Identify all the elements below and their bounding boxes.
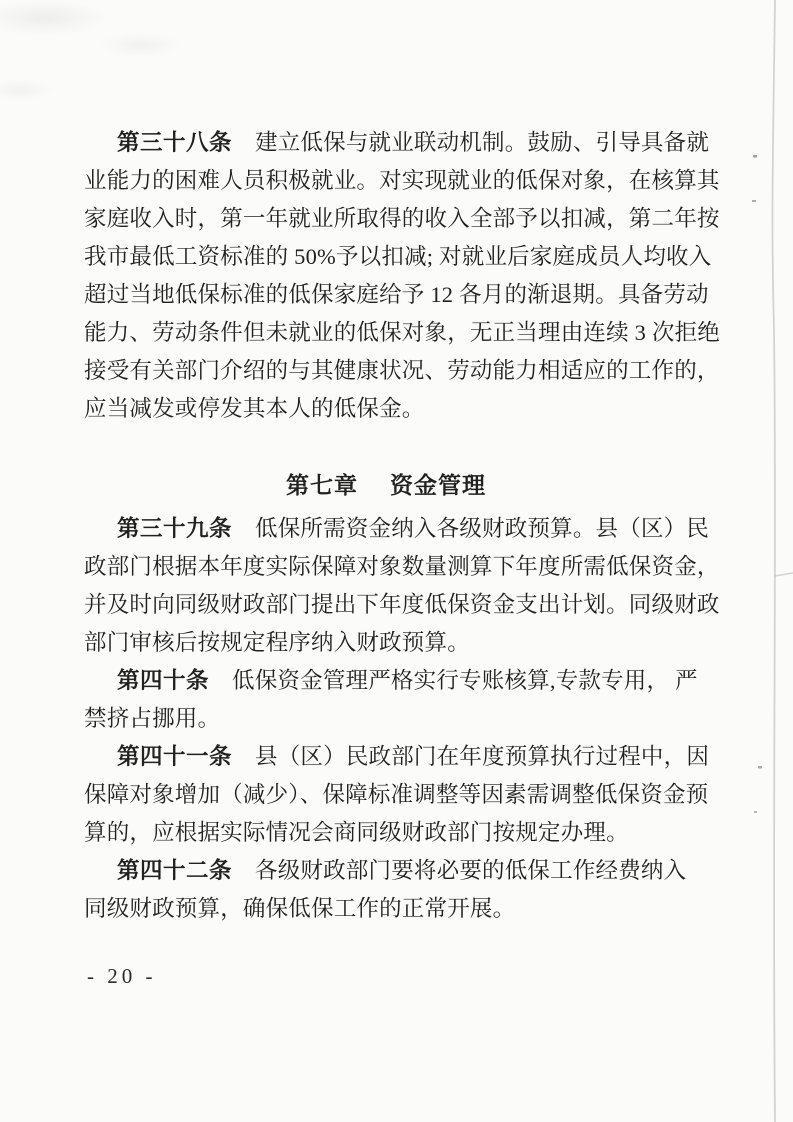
article-39-line-2: 政部门根据本年度实际保障对象数量测算下年度所需低保资金，	[84, 548, 732, 586]
article-39-text: 低保所需资金纳入各级财政预算。县（区）民	[255, 516, 709, 541]
article-40-line-2: 禁挤占挪用。	[84, 700, 732, 738]
article-42-number: 第四十二条	[117, 858, 232, 883]
article-39: 第三十九条低保所需资金纳入各级财政预算。县（区）民政部门根据本年度实际保障对象数…	[84, 510, 732, 662]
article-38-line-1: 第三十八条建立低保与就业联动机制。鼓励、引导具备就	[84, 124, 732, 162]
scan-speck	[752, 200, 756, 202]
page-number: - 20 -	[87, 964, 157, 989]
article-40-line-1: 第四十条低保资金管理严格实行专账核算,专款专用， 严	[84, 662, 732, 700]
article-41-text: 县（区）民政部门在年度预算执行过程中，因	[255, 744, 709, 769]
article-41-line-1: 第四十一条县（区）民政部门在年度预算执行过程中，因	[84, 738, 732, 776]
article-39-line-1: 第三十九条低保所需资金纳入各级财政预算。县（区）民	[84, 510, 732, 548]
article-40: 第四十条低保资金管理严格实行专账核算,专款专用， 严禁挤占挪用。	[84, 662, 732, 738]
scan-speck	[753, 155, 757, 158]
article-38-number: 第三十八条	[117, 130, 232, 155]
scan-speck	[754, 811, 757, 813]
chapter-7-heading-part: 第七章	[286, 472, 358, 498]
article-38-line-3: 家庭收入时，第一年就业所取得的收入全部予以扣减，第二年按	[84, 200, 732, 238]
article-38-line-6: 能力、劳动条件但未就业的低保对象，无正当理由连续 3 次拒绝	[84, 314, 732, 352]
page-edge-tick	[775, 573, 793, 576]
article-41: 第四十一条县（区）民政部门在年度预算执行过程中，因保障对象增加（减少）、保障标准…	[84, 738, 732, 852]
article-38-line-2: 业能力的困难人员积极就业。对实现就业的低保对象，在核算其	[84, 162, 732, 200]
article-41-line-2: 保障对象增加（减少）、保障标准调整等因素需调整低保资金预	[84, 776, 732, 814]
article-41-line-3: 算的，应根据实际情况会商同级财政部门按规定办理。	[84, 814, 732, 852]
article-38-text: 建立低保与就业联动机制。鼓励、引导具备就	[255, 130, 709, 155]
scanned-page: 第三十八条建立低保与就业联动机制。鼓励、引导具备就业能力的困难人员积极就业。对实…	[0, 0, 793, 1122]
article-40-text: 低保资金管理严格实行专账核算,专款专用， 严	[232, 668, 698, 693]
chapter-7-heading-part: 资金管理	[390, 472, 486, 498]
page-edge-line	[772, 0, 775, 1122]
article-39-line-3: 并及时向同级财政部门提出下年度低保资金支出计划。同级财政	[84, 586, 732, 624]
article-40-number: 第四十条	[117, 668, 209, 693]
scan-speck	[758, 766, 762, 769]
article-39-number: 第三十九条	[117, 516, 232, 541]
article-38-line-5: 超过当地低保标准的低保家庭给予 12 各月的渐退期。具备劳动	[84, 276, 732, 314]
document-body: 第三十八条建立低保与就业联动机制。鼓励、引导具备就业能力的困难人员积极就业。对实…	[84, 124, 732, 928]
article-38-line-4: 我市最低工资标准的 50%予以扣减; 对就业后家庭成员人均收入	[84, 238, 732, 276]
article-38-line-7: 接受有关部门介绍的与其健康状况、劳动能力相适应的工作的，	[84, 352, 732, 390]
article-42-text: 各级财政部门要将必要的低保工作经费纳入	[255, 858, 686, 883]
article-38: 第三十八条建立低保与就业联动机制。鼓励、引导具备就业能力的困难人员积极就业。对实…	[84, 124, 732, 428]
article-42-line-1: 第四十二条各级财政部门要将必要的低保工作经费纳入	[84, 852, 732, 890]
article-42-line-2: 同级财政预算，确保低保工作的正常开展。	[84, 890, 732, 928]
article-39-line-4: 部门审核后按规定程序纳入财政预算。	[84, 624, 732, 662]
article-42: 第四十二条各级财政部门要将必要的低保工作经费纳入同级财政预算，确保低保工作的正常…	[84, 852, 732, 928]
chapter-7-heading: 第七章资金管理	[84, 466, 732, 504]
article-38-line-8: 应当减发或停发其本人的低保金。	[84, 390, 732, 428]
article-41-number: 第四十一条	[117, 744, 232, 769]
